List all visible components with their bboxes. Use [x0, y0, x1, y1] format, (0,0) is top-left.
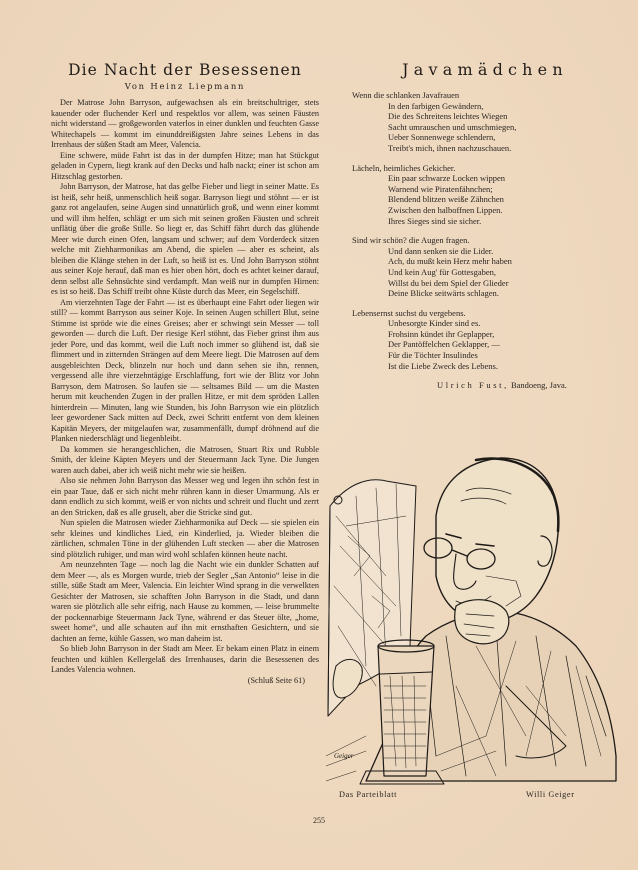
- story-paragraph: Der Matrose John Barryson, aufgewachsen …: [51, 98, 319, 151]
- poem-stanza-4: Lebensernst suchst du vergebens. Unbesor…: [352, 308, 610, 372]
- poem-line: Der Pantöffelchen Geklapper, —: [352, 339, 610, 350]
- poem-stanza-1: Wenn die schlanken Javafrauen In den far…: [352, 90, 610, 154]
- poem-column: Javamädchen Wenn die schlanken Javafraue…: [352, 60, 610, 391]
- illustration-man-reading-newspaper: Geiger: [326, 436, 622, 786]
- poem-line: In den farbigen Gewändern,: [352, 101, 610, 112]
- poem-author: Ulrich Fust, Bandoeng, Java.: [352, 380, 610, 391]
- story-paragraph: Eine schwere, müde Fahrt ist das in der …: [51, 151, 319, 183]
- artist-signature: Geiger: [334, 752, 354, 760]
- poem-author-place: Bandoeng, Java.: [511, 380, 567, 390]
- story-paragraph: Da kommen sie herangeschlichen, die Matr…: [51, 445, 319, 477]
- story-title: Die Nacht der Besessenen: [51, 60, 319, 80]
- illustration-artist: Willi Geiger: [526, 790, 575, 799]
- poem-line: Für die Töchter Insulindes: [352, 350, 610, 361]
- left-hand-drawing: [333, 659, 362, 698]
- poem-line: Willst du bei dem Spiel der Glieder: [352, 278, 610, 289]
- poem-line: Wenn die schlanken Javafrauen: [352, 90, 610, 101]
- poem-line: Unbesorgte Kinder sind es.: [352, 318, 610, 329]
- head-drawing: [436, 458, 558, 622]
- poem-line: Sacht umrauschen und umschmiegen,: [352, 122, 610, 133]
- story-paragraph: Am vierzehnten Tage der Fahrt — ist es ü…: [51, 298, 319, 445]
- poem-line: Deine Blicke seitwärts schlagen.: [352, 288, 610, 299]
- hand-drawing: [455, 600, 509, 644]
- story-byline: Von Heinz Liepmann: [51, 81, 319, 92]
- poem-line: Ach, du mußt kein Herz mehr haben: [352, 256, 610, 267]
- story-paragraph: So blieb John Barryson in der Stadt am M…: [51, 644, 319, 676]
- poem-stanza-3: Sind wir schön? die Augen fragen. Und da…: [352, 235, 610, 299]
- poem-line: Zwischen den halboffnen Lippen.: [352, 205, 610, 216]
- poem-stanza-2: Lächeln, heimliches Gekicher. Ein paar s…: [352, 163, 610, 227]
- illustration-caption: Das Parteiblatt: [339, 790, 397, 799]
- page-number: 255: [0, 816, 638, 825]
- poem-line: Und dann senken sie die Lider.: [352, 246, 610, 257]
- story-paragraph: Nun spielen die Matrosen wieder Ziehharm…: [51, 518, 319, 560]
- poem-line: Die des Schreitens leichtes Wiegen: [352, 111, 610, 122]
- magazine-page: Die Nacht der Besessenen Von Heinz Liepm…: [0, 0, 638, 870]
- poem-line: Blendend blitzen weiße Zähnchen: [352, 194, 610, 205]
- poem-line: Ihres Sieges sind sie sicher.: [352, 216, 610, 227]
- story-column: Die Nacht der Besessenen Von Heinz Liepm…: [51, 60, 319, 686]
- story-body: Der Matrose John Barryson, aufgewachsen …: [51, 98, 319, 676]
- poem-line: Warnend wie Piratenfähnchen;: [352, 184, 610, 195]
- continuation-note: (Schluß Seite 61): [51, 676, 305, 687]
- poem-line: Ist die Liebe Zweck des Lebens.: [352, 361, 610, 372]
- poem-line: Frohsinn kündet ihr Geplapper,: [352, 329, 610, 340]
- poem-line: Ein paar schwarze Locken wippen: [352, 173, 610, 184]
- poem-line: Sind wir schön? die Augen fragen.: [352, 235, 610, 246]
- poem-line: Treibt's mich, ihnen nachzuschauen.: [352, 143, 610, 154]
- poem-line: Lebensernst suchst du vergebens.: [352, 308, 610, 319]
- story-paragraph: Also sie nehmen John Barryson das Messer…: [51, 476, 319, 518]
- poem-author-name: Ulrich Fust,: [437, 380, 509, 390]
- poem-line: Und kein Aug' für Gottesgaben,: [352, 267, 610, 278]
- poem-line: Ueber Sonnenwege schlendern,: [352, 132, 610, 143]
- story-paragraph: Am neunzehnten Tage — noch lag die Nacht…: [51, 560, 319, 644]
- poem-line: Lächeln, heimliches Gekicher.: [352, 163, 610, 174]
- poem-title: Javamädchen: [352, 60, 610, 80]
- story-paragraph: John Barryson, der Matrose, hat das gelb…: [51, 182, 319, 298]
